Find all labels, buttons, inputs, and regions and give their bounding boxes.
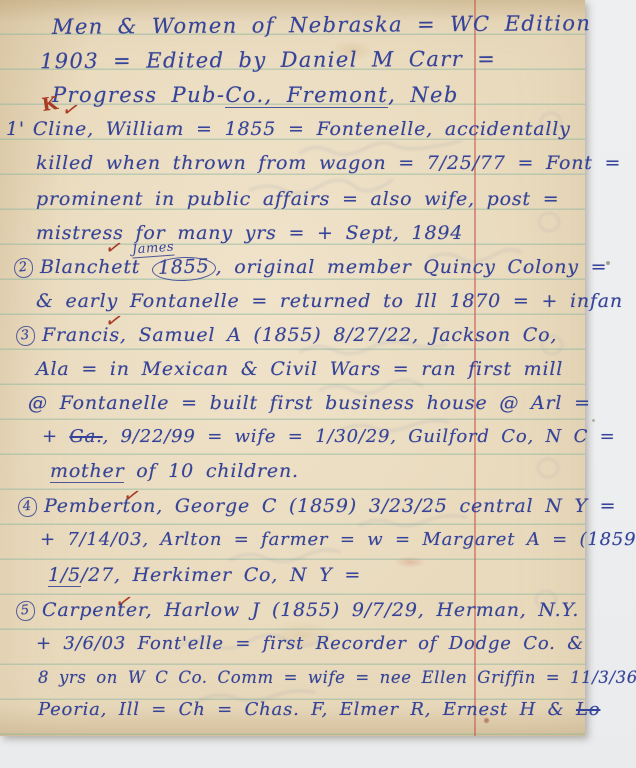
- entry-1-line-4: mistress for many yrs = + Sept, 1894: [36, 224, 463, 244]
- entry-3-text: +: [42, 426, 69, 447]
- entry-4-marker: 4: [17, 496, 38, 518]
- entry-2-circled-year: 1855: [152, 256, 216, 282]
- entry-4-text: + 7/14/03, Arlton = farmer = w = Margare…: [40, 529, 636, 550]
- entry-4-underlined-date: 1/5: [48, 564, 81, 587]
- entry-1-line-3: prominent in public affairs = also wife,…: [36, 190, 559, 210]
- entry-1-text: Cline, William = 1855 = Fontenelle, acci…: [33, 118, 571, 140]
- entry-4-line-3: 1/5/27, Herkimer Co, N Y =: [48, 566, 361, 586]
- entry-4-text: /27, Herkimer Co, N Y =: [81, 564, 361, 586]
- entry-1-text: mistress for many yrs = + Sept, 1894: [36, 222, 463, 244]
- entry-3-line-4: + Ga., 9/22/99 = wife = 1/30/29, Guilfor…: [42, 428, 616, 447]
- header-line-3: Progress Pub-Co., Fremont, Neb: [52, 84, 459, 106]
- entry-3-struck-word: Ga.: [69, 426, 102, 447]
- notebook-paper: Men & Women of Nebraska = WC Edition 190…: [0, 0, 585, 736]
- scanner-speck: [592, 419, 595, 422]
- book-title-text: Men & Women of Nebraska = WC Edition: [52, 11, 591, 39]
- entry-1-text: prominent in public affairs = also wife,…: [36, 188, 559, 210]
- entry-1-text: killed when thrown from wagon = 7/25/77 …: [36, 152, 621, 174]
- entry-3-line-5: mother of 10 children.: [50, 462, 299, 482]
- entry-5-line-3: 8 yrs on W C Co. Comm = wife = nee Ellen…: [38, 669, 636, 686]
- entry-3-text: Ala = in Mexican & Civil Wars = ran firs…: [36, 358, 563, 380]
- entry-5-line-2: + 3/6/03 Font'elle = first Recorder of D…: [36, 635, 584, 654]
- red-letter-k: K: [41, 93, 59, 116]
- entry-4-text: Pemberton, George C (1859) 3/23/25 centr…: [44, 495, 616, 517]
- entry-3-line-2: Ala = in Mexican & Civil Wars = ran firs…: [36, 360, 563, 380]
- entry-5-text: Peoria, Ill = Ch = Chas. F, Elmer R, Ern…: [38, 699, 576, 720]
- entry-4-line-2: + 7/14/03, Arlton = farmer = w = Margare…: [40, 531, 636, 550]
- edition-text: 1903 = Edited by Daniel M Carr =: [40, 47, 496, 73]
- entry-5-line-1: 5Carpenter, Harlow J (1855) 9/7/29, Herm…: [16, 601, 579, 621]
- entry-2-text: & early Fontanelle = returned to Ill 187…: [36, 290, 623, 312]
- entry-3-text: , 9/22/99 = wife = 1/30/29, Guilford Co,…: [103, 426, 616, 447]
- entry-1-line-2: killed when thrown from wagon = 7/25/77 …: [36, 154, 621, 174]
- entry-3-line-3: @ Fontanelle = built first business hous…: [28, 394, 591, 414]
- entry-3-text: @ Fontanelle = built first business hous…: [28, 392, 591, 414]
- entry-3-underlined-word: mother: [50, 460, 124, 483]
- entry-5-text: + 3/6/03 Font'elle = first Recorder of D…: [36, 633, 584, 654]
- publisher-underlined-text: Co., Fremont: [225, 83, 388, 108]
- publisher-state-text: , Neb: [388, 83, 459, 107]
- entry-2-line-1: 2Blanchett 1855, original member Quincy …: [14, 257, 607, 281]
- entry-3-marker: 3: [15, 325, 36, 347]
- entry-3-text: Francis, Samuel A (1855) 8/27/22, Jackso…: [42, 324, 557, 346]
- entry-5-struck-word: Lo: [576, 699, 600, 720]
- entry-2-text: , original member Quincy Colony =: [216, 256, 608, 278]
- entry-2-marker: 2: [13, 257, 34, 279]
- entry-5-text: 8 yrs on W C Co. Comm = wife = nee Ellen…: [38, 668, 636, 687]
- entry-1-marker: 1': [6, 118, 25, 140]
- entry-5-text: Carpenter, Harlow J (1855) 9/7/29, Herma…: [42, 599, 579, 621]
- entry-5-line-4: Peoria, Ill = Ch = Chas. F, Elmer R, Ern…: [38, 701, 600, 720]
- entry-2-line-2: & early Fontanelle = returned to Ill 187…: [36, 292, 623, 312]
- entry-3-line-1: 3Francis, Samuel A (1855) 8/27/22, Jacks…: [16, 326, 557, 346]
- entry-3-text: of 10 children.: [124, 460, 298, 482]
- entry-2-text: Blanchett: [40, 256, 152, 278]
- entry-5-marker: 5: [15, 600, 36, 622]
- entry-4-line-1: 4Pemberton, George C (1859) 3/23/25 cent…: [18, 497, 616, 517]
- header-line-1: Men & Women of Nebraska = WC Edition: [52, 12, 591, 38]
- header-line-2: 1903 = Edited by Daniel M Carr =: [40, 48, 496, 72]
- entry-1-line-1: 1'Cline, William = 1855 = Fontenelle, ac…: [6, 120, 571, 140]
- scanned-page: Men & Women of Nebraska = WC Edition 190…: [0, 0, 636, 768]
